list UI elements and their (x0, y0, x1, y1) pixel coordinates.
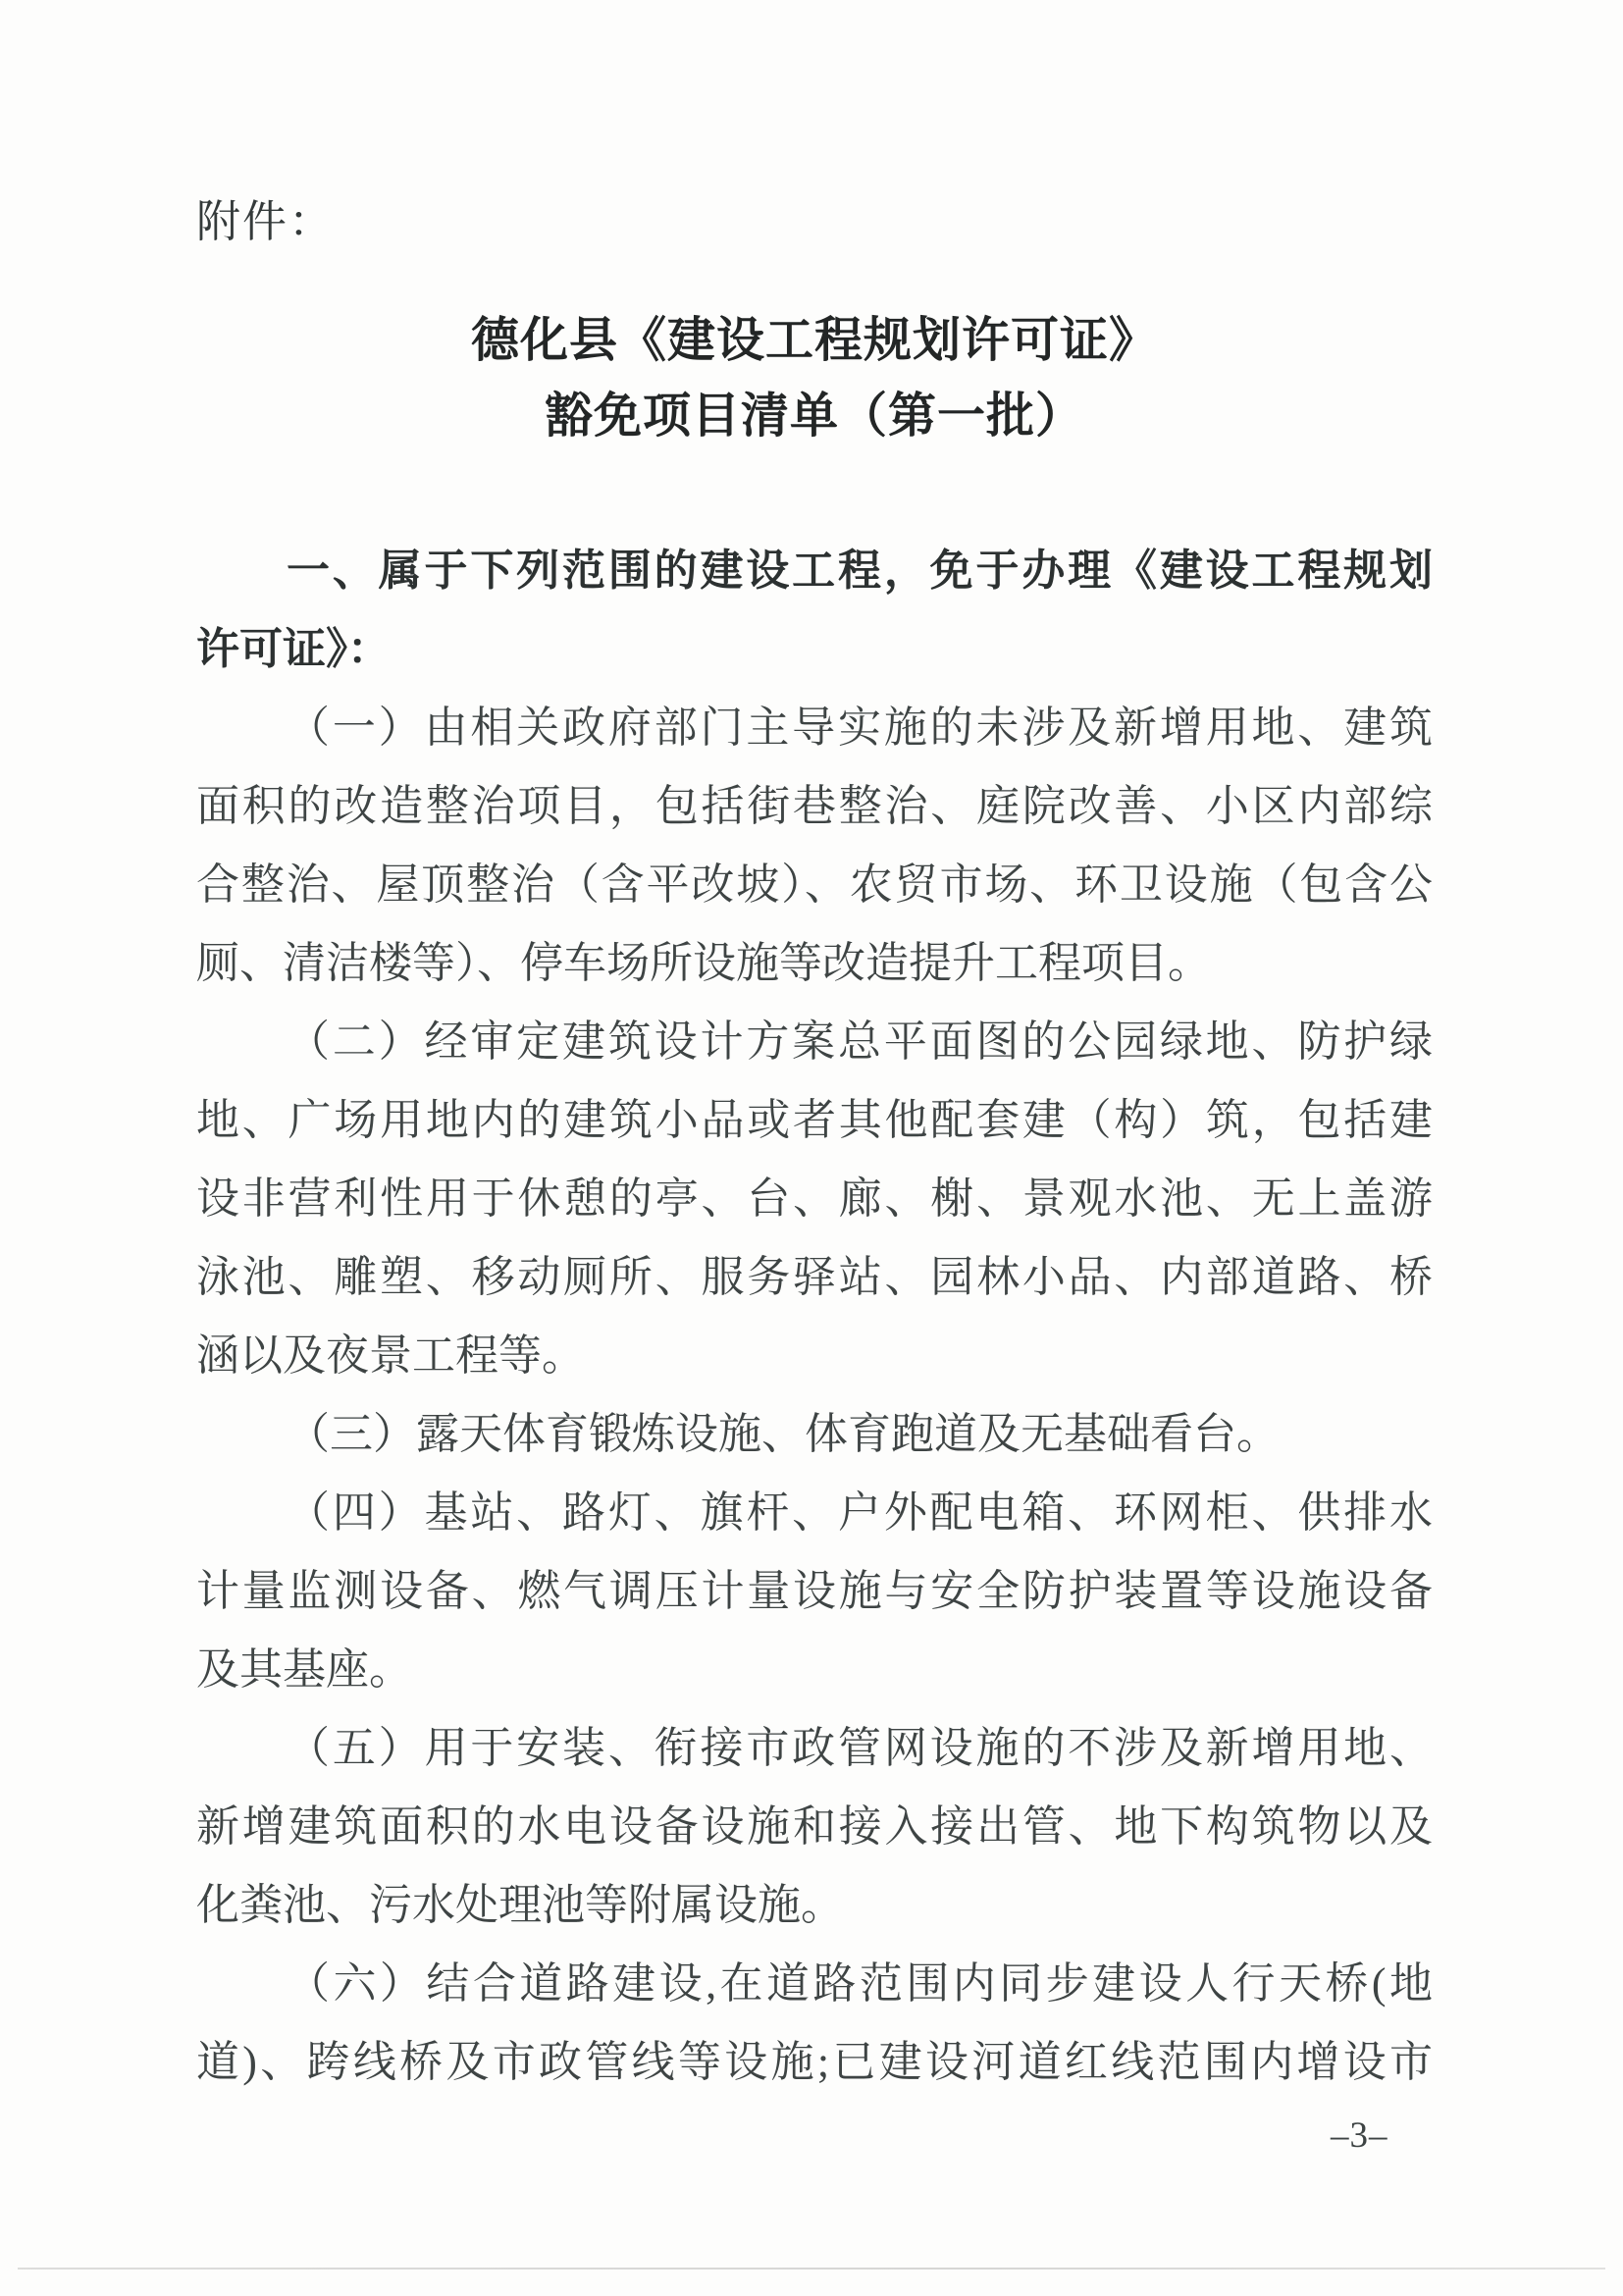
text-line: 新增建筑面积的水电设备设施和接入接出管、地下构筑物以及 (196, 1788, 1433, 1866)
document-title: 德化县《建设工程规划许可证》 豁免项目清单（第一批） (196, 302, 1433, 453)
text-line: 涵以及夜景工程等。 (196, 1317, 1433, 1395)
text-line: （一）由相关政府部门主导实施的未涉及新增用地、建筑 (196, 689, 1433, 767)
text-line: （三）露天体育锻炼设施、体育跑道及无基础看台。 (196, 1395, 1433, 1474)
text-line: 设非营利性用于休憩的亭、台、廊、榭、景观水池、无上盖游 (196, 1160, 1433, 1238)
title-line-1: 德化县《建设工程规划许可证》 (196, 302, 1433, 378)
text-line: 地、广场用地内的建筑小品或者其他配套建（构）筑，包括建 (196, 1081, 1433, 1160)
page-edge-scan-line (18, 2268, 1605, 2270)
attachment-label: 附件： (196, 194, 335, 249)
text-line: 道)、跨线桥及市政管线等设施;已建设河道红线范围内增设市 (196, 2023, 1433, 2102)
text-line: 泳池、雕塑、移动厕所、服务驿站、园林小品、内部道路、桥 (196, 1238, 1433, 1317)
text-line: 计量监测设备、燃气调压计量设施与安全防护装置等设施设备 (196, 1552, 1433, 1631)
document-body: 一、属于下列范围的建设工程，免于办理《建设工程规划许可证》：（一）由相关政府部门… (196, 532, 1433, 2102)
text-line: 面积的改造整治项目，包括街巷整治、庭院改善、小区内部综 (196, 767, 1433, 846)
text-line: （二）经审定建筑设计方案总平面图的公园绿地、防护绿 (196, 1003, 1433, 1081)
text-line: 许可证》： (196, 610, 1433, 689)
page-number: –3– (1331, 2113, 1388, 2159)
title-line-2: 豁免项目清单（第一批） (196, 378, 1433, 453)
text-line: 合整治、屋顶整治（含平改坡）、农贸市场、环卫设施（包含公 (196, 846, 1433, 924)
text-line: 化粪池、污水处理池等附属设施。 (196, 1866, 1433, 1945)
document-page: 附件： 德化县《建设工程规划许可证》 豁免项目清单（第一批） 一、属于下列范围的… (0, 0, 1623, 2296)
text-line: 及其基座。 (196, 1631, 1433, 1709)
text-line: 一、属于下列范围的建设工程，免于办理《建设工程规划 (196, 532, 1433, 610)
text-line: （四）基站、路灯、旗杆、户外配电箱、环网柜、供排水 (196, 1474, 1433, 1552)
text-line: （五）用于安装、衔接市政管网设施的不涉及新增用地、 (196, 1709, 1433, 1788)
text-line: 厕、清洁楼等）、停车场所设施等改造提升工程项目。 (196, 924, 1433, 1003)
text-line: （六）结合道路建设,在道路范围内同步建设人行天桥(地 (196, 1945, 1433, 2023)
